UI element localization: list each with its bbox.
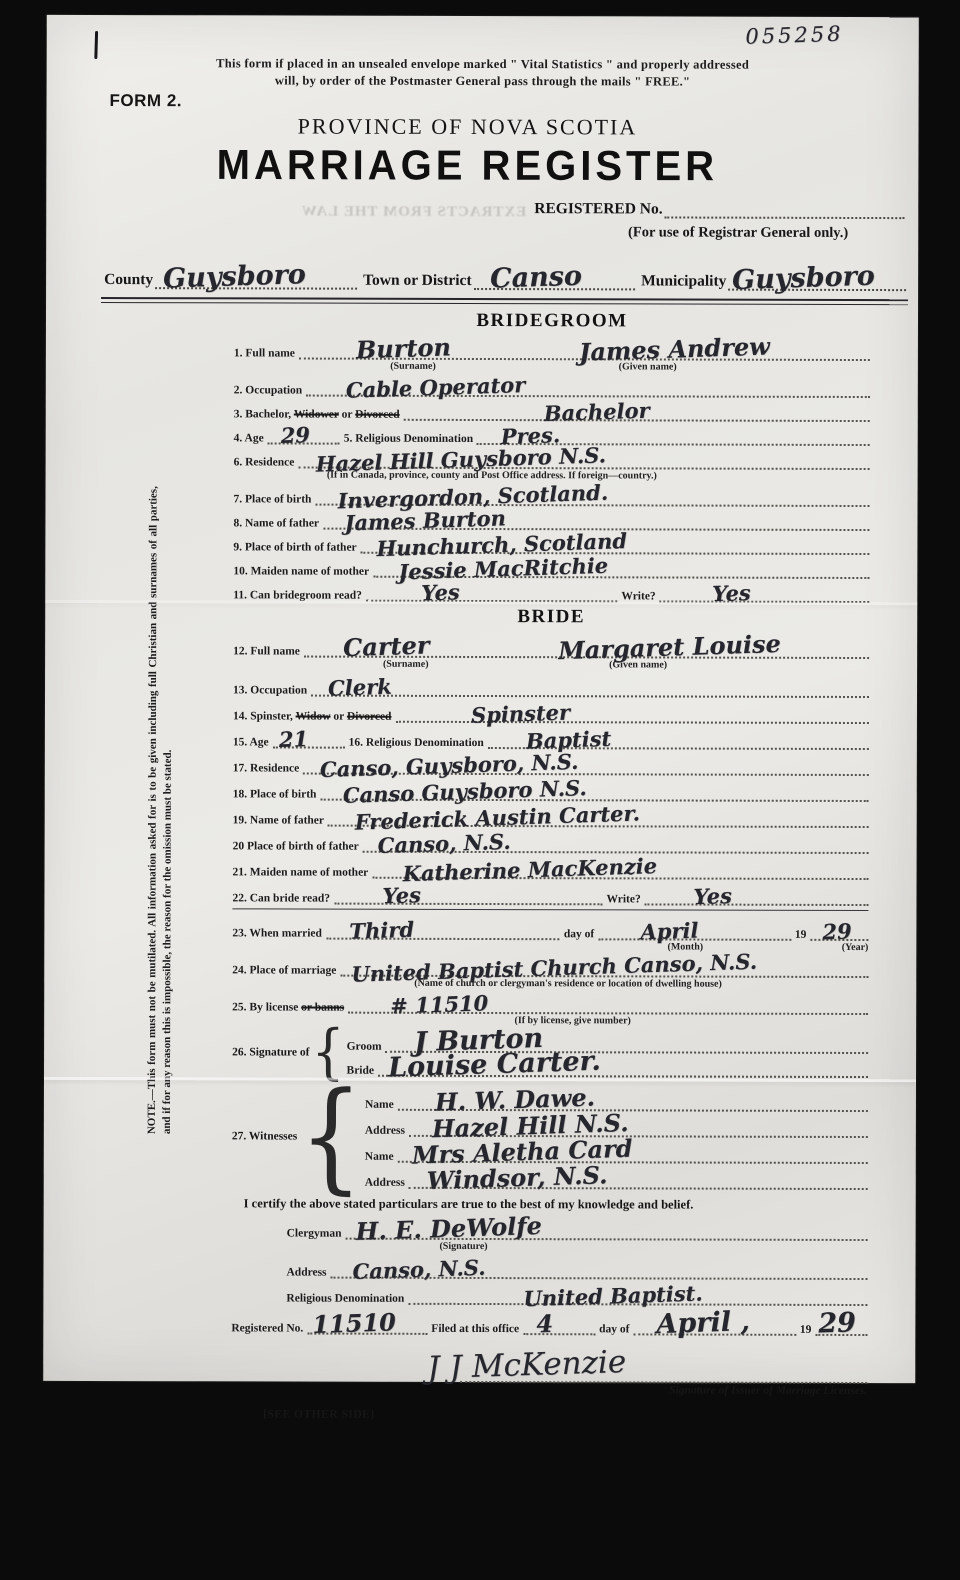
- year-sublabel: (Year): [842, 942, 869, 953]
- field-bride-literacy: 22. Can bride read? Yes Write? Yes: [232, 878, 868, 906]
- filed-year-value: 29: [818, 1307, 857, 1339]
- clergyman-address-row: Address Canso, N.S.: [286, 1252, 867, 1280]
- marriage-register-form: 055258 EXTRACTS FROM THE LAW This form i…: [43, 15, 919, 1383]
- municipality-label: Municipality: [635, 272, 728, 290]
- form-number: FORM 2.: [110, 91, 183, 111]
- county-line: Guysboro: [155, 273, 357, 290]
- bride-surname: Carter: [343, 630, 430, 662]
- field-groom-birthplace: 7. Place of birth Invergordon, Scotland.: [234, 481, 870, 507]
- clergyman-denomination: United Baptist.: [523, 1280, 703, 1311]
- registered-no-label: REGISTERED No.: [534, 200, 662, 218]
- field-groom-status: 3. Bachelor, Widower or Divorced Bachelo…: [234, 396, 870, 422]
- town-line: Canso: [474, 274, 636, 290]
- clergyman-denomination-row: Religious Denomination United Baptist.: [286, 1278, 867, 1306]
- field-bride-father: 19. Name of father Frederick Austin Cart…: [233, 800, 869, 828]
- clergyman-row: Clergyman H. E. DeWolfe (Signature): [287, 1215, 868, 1241]
- struck-divorced: Divorced: [347, 711, 392, 723]
- field-groom-fullname: 1. Full name Burton James Andrew (Surnam…: [234, 335, 870, 361]
- married-month-value: April: [640, 918, 699, 945]
- field-bride-birthplace: 18. Place of birth Canso Guysboro N.S.: [233, 774, 869, 802]
- struck-widower: Widower: [294, 409, 339, 421]
- bleedthrough-text: EXTRACTS FROM THE LAW: [296, 204, 526, 222]
- bride-read-value: Yes: [382, 882, 421, 908]
- field-license: 25. By license or banns # 11510 (If by l…: [232, 989, 868, 1015]
- issuer-sublabel: Signature of Issuer of Marriage Licenses…: [669, 1384, 867, 1397]
- county-label: County: [104, 271, 155, 289]
- field-bride-mother: 21. Maiden name of mother Katherine MacK…: [233, 852, 869, 880]
- issuer-signature: J J McKenzie: [427, 1344, 627, 1386]
- field-place-of-marriage: 24. Place of marriage United Baptist Chu…: [232, 952, 868, 978]
- married-year-value: 29: [822, 918, 852, 944]
- signature-of-label: 26. Signature of: [232, 1046, 309, 1058]
- page-title: MARRIAGE REGISTER: [46, 142, 888, 191]
- witness2-name-row: Name Mrs Aletha Card: [365, 1137, 868, 1164]
- mailing-note-line2: will, by order of the Postmaster General…: [47, 72, 919, 91]
- bride-write-value: Yes: [694, 883, 733, 909]
- license-number-value: # 11510: [389, 990, 488, 1018]
- field-groom-mother: 10. Maiden name of mother Jessie MacRitc…: [233, 553, 869, 579]
- field-bride-age-denomination: 15. Age 21 16. Religious Denomination Ba…: [233, 722, 869, 750]
- registered-filed-row: Registered No. 11510 Filed at this offic…: [231, 1308, 867, 1336]
- bridegroom-section-title: BRIDEGROOM: [234, 309, 870, 337]
- marriage-place-sublabel: (Name of church or clergyman's residence…: [414, 978, 722, 990]
- field-bride-residence: 17. Residence Canso, Guysboro, N.S.: [233, 748, 869, 776]
- groom-surname: Burton: [356, 332, 452, 364]
- field-groom-father: 8. Name of father James Burton: [233, 505, 869, 531]
- town-label: Town or District: [357, 272, 474, 290]
- married-day-value: Third: [349, 917, 414, 944]
- witnesses-group: 27. Witnesses { Name H. W. Dawe. Address…: [232, 1084, 868, 1190]
- field-bride-status: 14. Spinster, Widow or Divorced Spinster: [233, 696, 869, 724]
- county-value: Guysboro: [163, 259, 307, 295]
- given-name-sublabel: (Given name): [619, 361, 677, 372]
- field-groom-occupation: 2. Occupation Cable Operator: [234, 372, 870, 398]
- issuer-signature-block: J J McKenzie Signature of Issuer of Marr…: [231, 1334, 867, 1384]
- witness2-address: Windsor, N.S.: [427, 1160, 608, 1195]
- signature-sublabel: (Signature): [439, 1241, 487, 1252]
- bride-given-name: Margaret Louise: [558, 629, 782, 665]
- location-row: County Guysboro Town or District Canso M…: [104, 247, 906, 291]
- bride-signature-row: Bride Louise Carter.: [347, 1053, 869, 1078]
- registrar-only-note: (For use of Registrar General only.): [628, 224, 848, 242]
- registered-no-blank: [665, 204, 905, 219]
- field-groom-residence: 6. Residence Hazel Hill Guysboro N.S. (I…: [234, 444, 870, 470]
- field-groom-literacy: 11. Can bridegroom read? Yes Write? Yes: [233, 577, 869, 603]
- field-when-married: 23. When married Third day of April (Mon…: [232, 915, 868, 941]
- surname-sublabel: (Surname): [383, 659, 429, 670]
- surname-sublabel: (Surname): [390, 361, 436, 372]
- side-note: NOTE.—This form must not be mutilated. A…: [145, 486, 177, 1134]
- groom-signature-row: Groom J Burton: [347, 1029, 869, 1054]
- town-value: Canso: [489, 261, 582, 295]
- scanned-page: 055258 EXTRACTS FROM THE LAW This form i…: [0, 0, 960, 1580]
- mailing-note: This form if placed in an unsealed envel…: [47, 55, 919, 91]
- see-other-side: [SEE OTHER SIDE]: [263, 1408, 867, 1422]
- struck-widow: Widow: [296, 711, 331, 723]
- field-bride-fullname: 12. Full name Carter Margaret Louise (Su…: [233, 631, 869, 659]
- witness2-address-row: Address Windsor, N.S.: [365, 1163, 868, 1190]
- given-name-sublabel: (Given name): [609, 659, 667, 670]
- double-rule: [101, 297, 908, 305]
- brace-icon: {: [299, 1077, 363, 1197]
- field-groom-age-denomination: 4. Age 29 5. Religious Denomination Pres…: [234, 420, 870, 446]
- registered-no-row: REGISTERED No.: [534, 200, 904, 219]
- province-title: PROVINCE OF NOVA SCOTIA: [46, 113, 888, 141]
- struck-divorced: Divorced: [355, 409, 400, 421]
- field-bride-father-birthplace: 20 Place of birth of father Canso, N.S.: [233, 826, 869, 854]
- field-groom-father-birthplace: 9. Place of birth of father Hunchurch, S…: [233, 529, 869, 555]
- form-fields: BRIDEGROOM 1. Full name Burton James And…: [231, 309, 870, 1422]
- section-rule: [232, 908, 868, 911]
- municipality-line: Guysboro: [728, 275, 906, 291]
- filed-day-value: 4: [536, 1309, 554, 1339]
- struck-banns: or banns: [301, 1002, 344, 1014]
- field-bride-occupation: 13. Occupation Clerk: [233, 670, 869, 698]
- municipality-value: Guysboro: [731, 261, 875, 297]
- witnesses-label: 27. Witnesses: [232, 1130, 297, 1142]
